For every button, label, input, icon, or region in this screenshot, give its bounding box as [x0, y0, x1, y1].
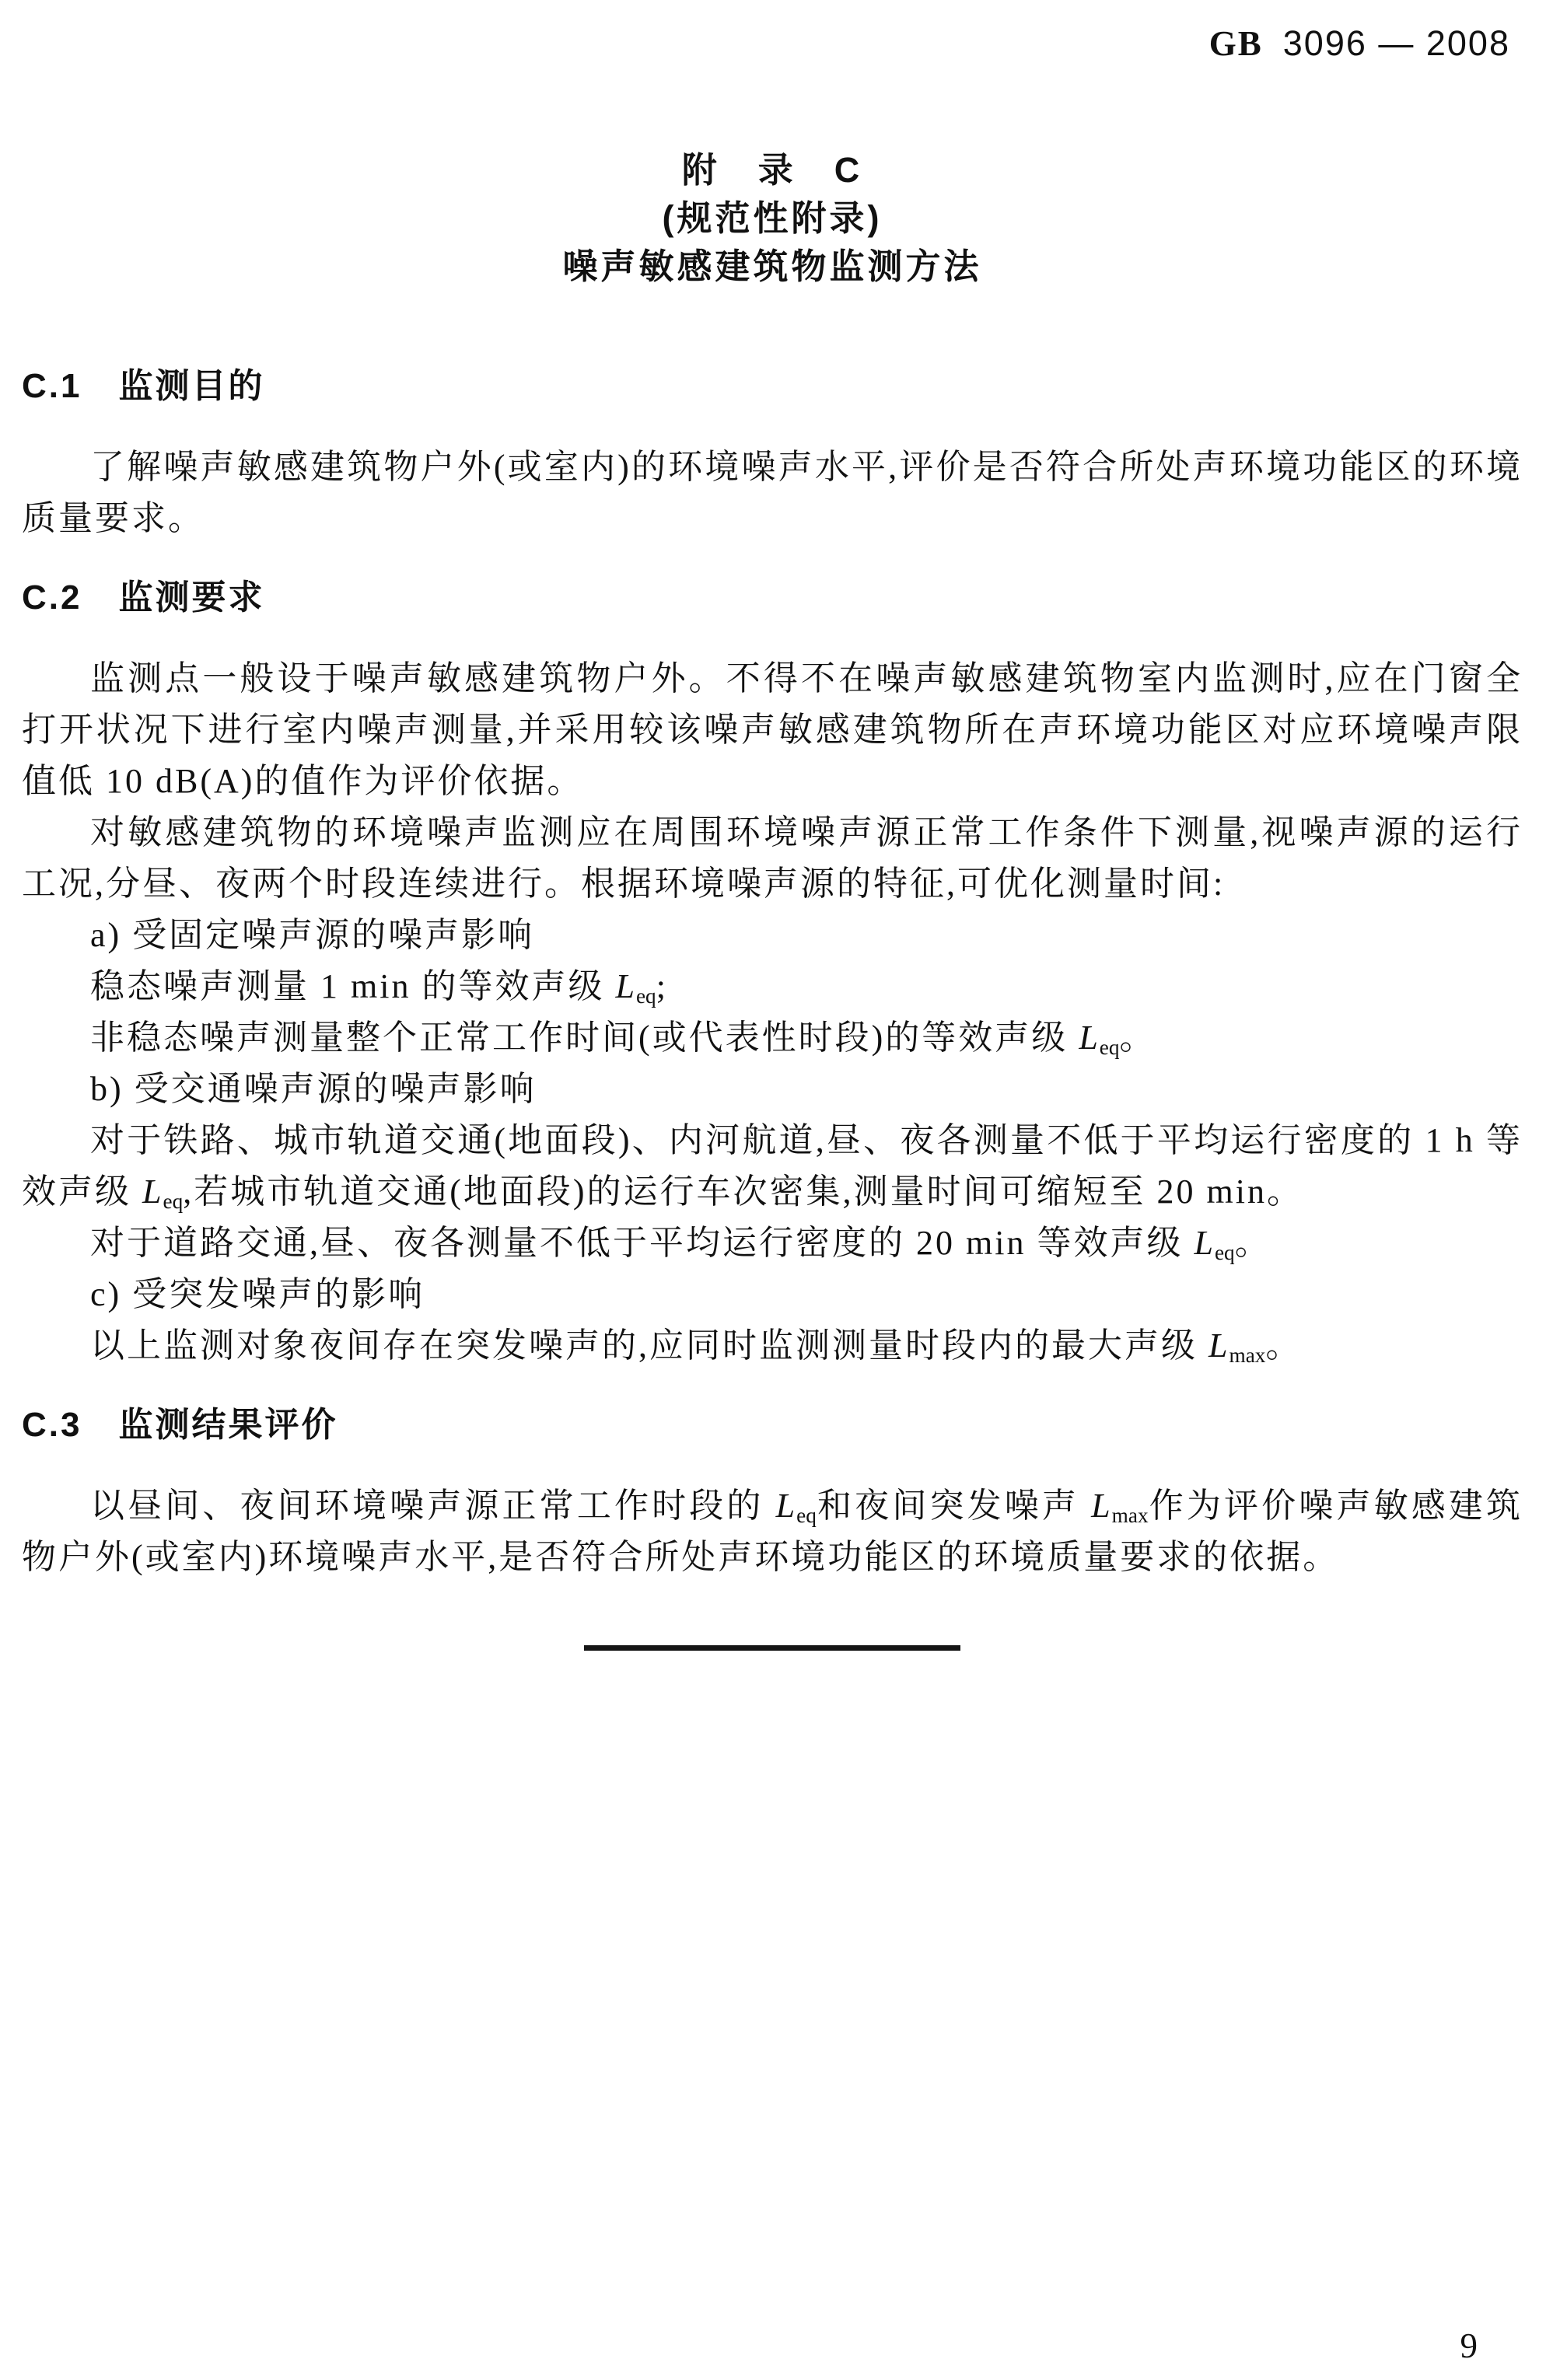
paragraph: 稳态噪声测量 1 min 的等效声级 Leq;: [22, 961, 1523, 1012]
paragraph: b) 受交通噪声源的噪声影响: [22, 1064, 1523, 1115]
paragraph: 监测点一般设于噪声敏感建筑物户外。不得不在噪声敏感建筑物室内监测时,应在门窗全打…: [22, 653, 1523, 807]
appendix-title-line-1: 附 录 C: [22, 146, 1523, 194]
document-content: 附 录 C (规范性附录) 噪声敏感建筑物监测方法 C.1 监测目的了解噪声敏感…: [22, 0, 1523, 1651]
appendix-title-line-2: (规范性附录): [22, 194, 1523, 243]
paragraph: c) 受突发噪声的影响: [22, 1269, 1523, 1320]
paragraph: 了解噪声敏感建筑物户外(或室内)的环境噪声水平,评价是否符合所处声环境功能区的环…: [22, 442, 1523, 544]
page-number: 9: [1460, 2326, 1478, 2366]
section-heading: C.2 监测要求: [22, 578, 1523, 617]
paragraph: 对敏感建筑物的环境噪声监测应在周围环境噪声源正常工作条件下测量,视噪声源的运行工…: [22, 807, 1523, 910]
appendix-title-line-3: 噪声敏感建筑物监测方法: [22, 243, 1523, 291]
appendix-title-block: 附 录 C (规范性附录) 噪声敏感建筑物监测方法: [22, 146, 1523, 291]
end-divider: [584, 1645, 960, 1651]
document-page: GB3096 — 2008 附 录 C (规范性附录) 噪声敏感建筑物监测方法 …: [0, 0, 1546, 2380]
section-heading: C.1 监测目的: [22, 367, 1523, 406]
paragraph: 以上监测对象夜间存在突发噪声的,应同时监测测量时段内的最大声级 Lmax。: [22, 1320, 1523, 1372]
paragraph: 非稳态噪声测量整个正常工作时间(或代表性时段)的等效声级 Leq。: [22, 1012, 1523, 1064]
paragraph: a) 受固定噪声源的噪声影响: [22, 910, 1523, 961]
paragraph: 对于道路交通,昼、夜各测量不低于平均运行密度的 20 min 等效声级 Leq。: [22, 1218, 1523, 1269]
document-body: C.1 监测目的了解噪声敏感建筑物户外(或室内)的环境噪声水平,评价是否符合所处…: [22, 367, 1523, 1651]
paragraph: 对于铁路、城市轨道交通(地面段)、内河航道,昼、夜各测量不低于平均运行密度的 1…: [22, 1115, 1523, 1218]
paragraph: 以昼间、夜间环境噪声源正常工作时段的 Leq和夜间突发噪声 Lmax作为评价噪声…: [22, 1480, 1523, 1583]
section-heading: C.3 监测结果评价: [22, 1406, 1523, 1445]
